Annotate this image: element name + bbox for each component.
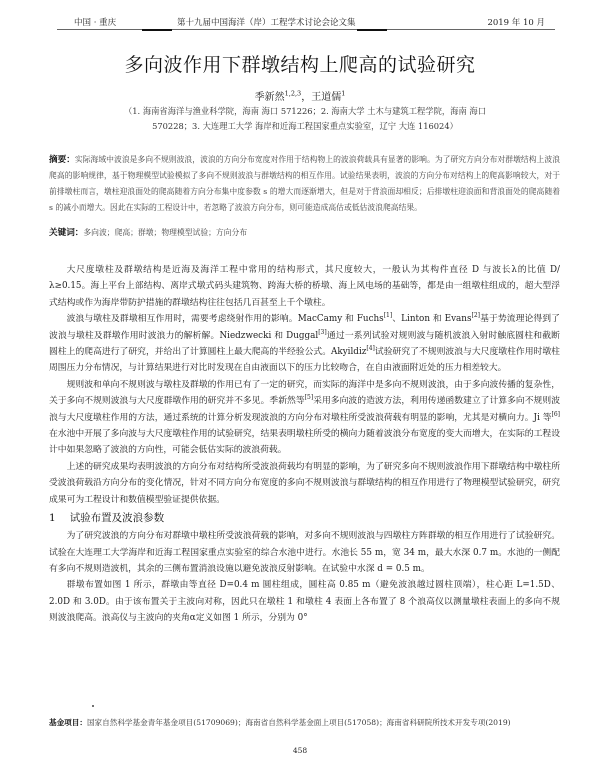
author-name: 王道儒: [311, 92, 341, 103]
affiliations: （1. 海南省海洋与渔业科学院，海南 海口 571226；2. 海南大学 土木与…: [60, 104, 550, 134]
footnote-separator-mark: [92, 705, 94, 707]
paragraph: 大尺度墩柱及群墩结构是近海及海洋工程中常用的结构形式，其尺度较大，一般认为其构件…: [49, 262, 560, 311]
keywords-label: 关键词：: [49, 228, 83, 238]
abstract: 摘要：实际海域中波浪是多向不规则波浪，波浪的方向分布宽度对作用于结构物上的波浪荷…: [49, 152, 560, 216]
citation-ref: [4]: [366, 345, 375, 352]
header-location: 中国 · 重庆: [74, 16, 116, 28]
author-separator: ，: [301, 92, 311, 103]
affiliation-line: （1. 海南省海洋与渔业科学院，海南 海口 571226；2. 海南大学 土木与…: [60, 104, 550, 119]
citation-ref: [5]: [305, 394, 314, 401]
author-name: 季新然: [255, 92, 285, 103]
header-proceedings-title: 第十九届中国海洋（岸）工程学术讨论会论文集: [177, 16, 356, 28]
author-affiliation-marker: 1,2,3: [285, 90, 302, 98]
citation-ref: [2]: [471, 312, 480, 319]
citation-ref: [3]: [318, 329, 327, 336]
citation-ref: [6]: [552, 411, 561, 418]
paper-title: 多向波作用下群墩结构上爬高的试验研究: [0, 50, 600, 77]
header-divider-accent: [142, 29, 172, 31]
running-header: 中国 · 重庆 第十九届中国海洋（岸）工程学术讨论会论文集 2019 年 10 …: [57, 14, 555, 30]
page-number: 458: [0, 746, 600, 755]
paragraph-text: 在水池中开展了多向波与大尺度墩柱作用的试验研究，结果表明墩柱所受的横向力随着波浪…: [49, 429, 560, 455]
author-affiliation-marker: 1: [341, 90, 345, 98]
paragraph: 波浪与墩柱及群墩相互作用时，需要考虑绕射作用的影响。MacCamy 和 Fuch…: [49, 311, 560, 377]
funding-label: 基金项目：: [49, 718, 87, 727]
paragraph: 上述的研究成果均表明波浪的方向分布对结构所受波浪荷载均有明显的影响，为了研究多向…: [49, 459, 560, 508]
funding-footnote: 基金项目：国家自然科学基金青年基金项目(51709069)；海南省自然科学基金面…: [49, 716, 560, 730]
section-heading: 1试验布置及波浪参数: [49, 508, 560, 528]
keywords: 关键词：多向波；爬高；群墩；物理模型试验；方向分布: [49, 226, 560, 238]
citation-ref: [1]: [384, 312, 393, 319]
paragraph-text: 、Linton 和 Evans: [392, 314, 471, 324]
paragraph: 规则波和单向不规则波与墩柱及群墩的作用已有了一定的研究，而实际的海洋中是多向不规…: [49, 377, 560, 459]
affiliation-line: 570228；3. 大连理工大学 海岸和近海工程国家重点实验室，辽宁 大连 11…: [60, 119, 550, 134]
header-date: 2019 年 10 月: [487, 16, 545, 28]
abstract-label: 摘要：: [49, 155, 75, 165]
section-title: 试验布置及波浪参数: [70, 512, 165, 524]
author-line: 季新然1,2,3，王道儒1: [0, 88, 600, 103]
section-number: 1: [49, 512, 56, 524]
keywords-text: 多向波；爬高；群墩；物理模型试验；方向分布: [83, 228, 247, 237]
paragraph: 群墩布置如图 1 所示，群墩由等直径 D=0.4 m 圆柱组成，圆柱高 0.85…: [49, 577, 560, 626]
funding-text: 国家自然科学基金青年基金项目(51709069)；海南省自然科学基金面上项目(5…: [87, 718, 511, 727]
paragraph-text: 波浪与墩柱及群墩相互作用时，需要考虑绕射作用的影响。MacCamy 和 Fuch…: [67, 314, 384, 324]
paragraph: 为了研究波浪的方向分布对群墩中墩柱所受波浪荷载的影响，对多向不规则波浪与四墩柱方…: [49, 528, 560, 577]
abstract-text: 实际海域中波浪是多向不规则波浪，波浪的方向分布宽度对作用于结构物上的波浪荷载具有…: [49, 155, 560, 212]
body-text: 大尺度墩柱及群墩结构是近海及海洋工程中常用的结构形式，其尺度较大，一般认为其构件…: [49, 262, 560, 627]
header-divider-accent: [357, 29, 387, 31]
header-divider: [57, 29, 555, 30]
